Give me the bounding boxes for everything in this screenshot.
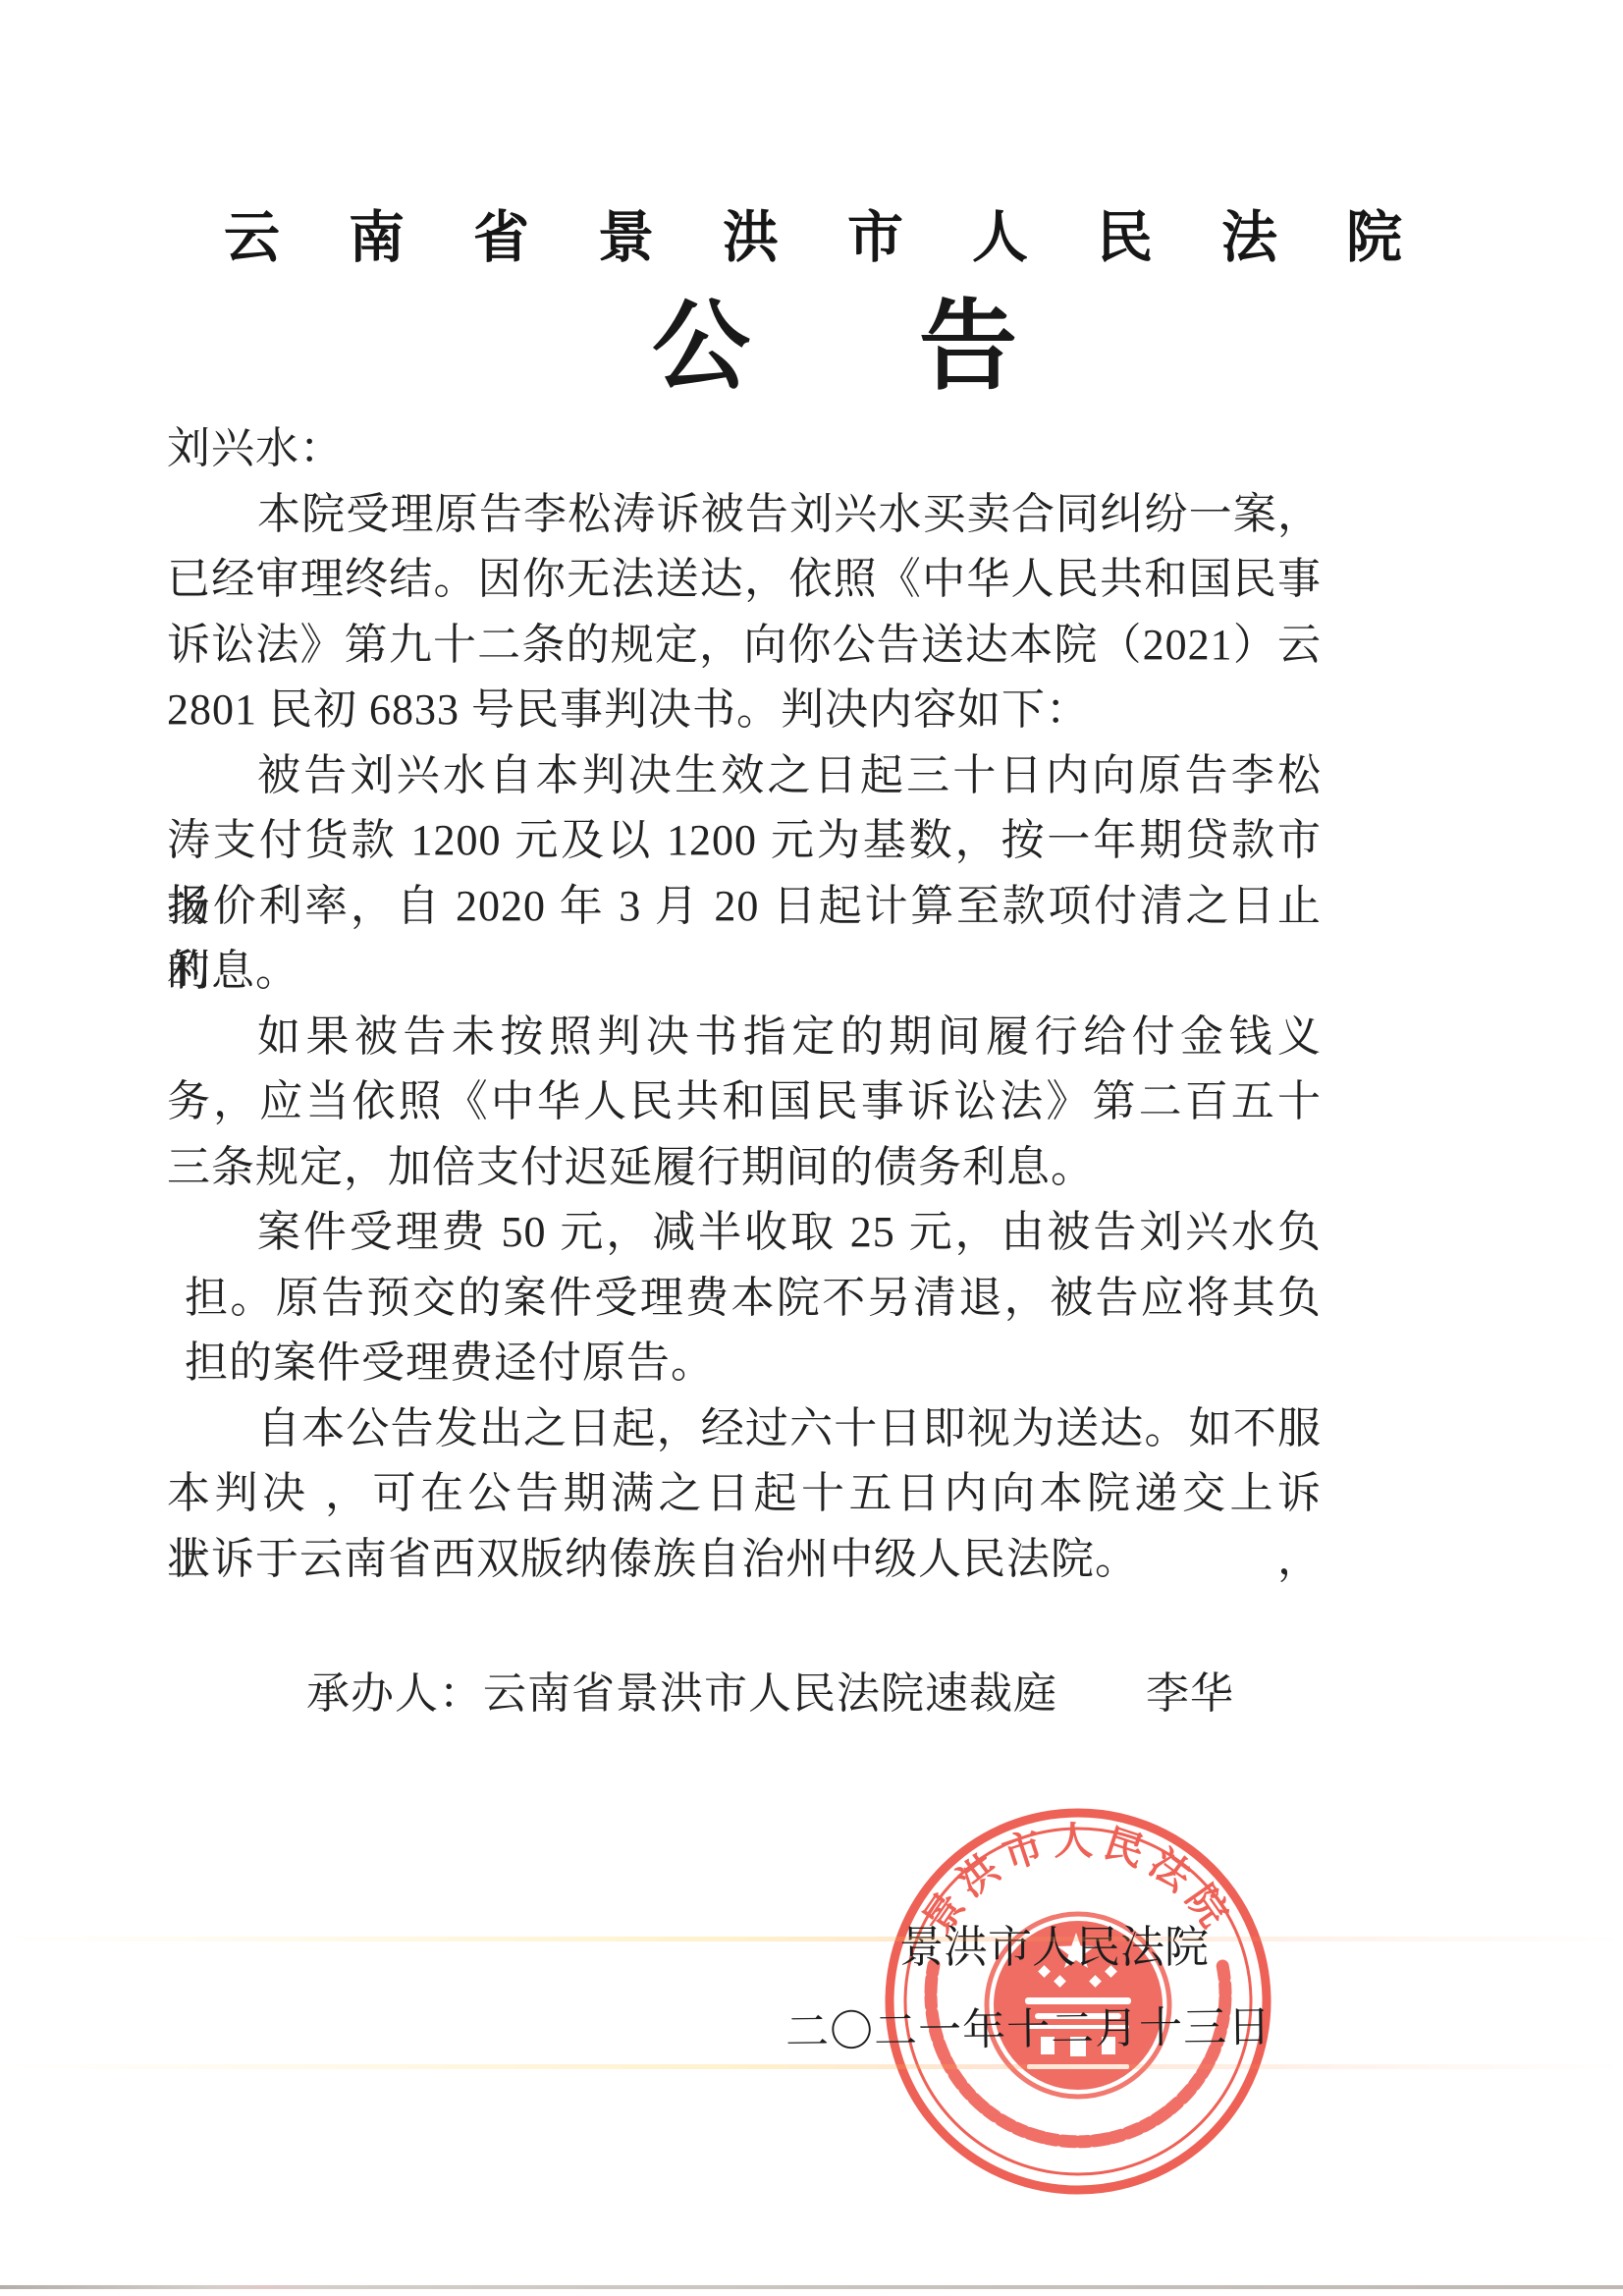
body-line: 本院受理原告李松涛诉被告刘兴水买卖合同纠纷一案， bbox=[167, 482, 1322, 548]
court-announcement-page: 云南省景洪市人民法院 公告 刘兴水： 本院受理原告李松涛诉被告刘兴水买卖合同纠纷… bbox=[0, 0, 1623, 2296]
court-title: 云南省景洪市人民法院 bbox=[224, 210, 1402, 266]
body-line: 利息。 bbox=[167, 939, 1322, 1005]
title-char: 市 bbox=[847, 210, 903, 266]
body-line: 案件受理费 50 元，减半收取 25 元，由被告刘兴水负 bbox=[167, 1200, 1322, 1266]
body-line: 担的案件受理费迳付原告。 bbox=[167, 1331, 1322, 1396]
body-line: 如果被告未按照判决书指定的期间履行给付金钱义 bbox=[167, 1005, 1322, 1070]
body-line: 2801 民初 6833 号民事判决书。判决内容如下： bbox=[167, 678, 1322, 743]
undertaker-line: 承办人：云南省景洪市人民法院速裁庭 李华 bbox=[306, 1658, 1234, 1721]
seal-court-name: 景洪市人民法院 bbox=[899, 1911, 1223, 1975]
body-line: 已经审理终结。因你无法送达，依照《中华人民共和国民事 bbox=[167, 547, 1322, 613]
body-line: 涛支付货款 1200 元及以 1200 元为基数，按一年期贷款市场 bbox=[167, 808, 1322, 874]
title-char: 省 bbox=[473, 210, 529, 266]
body-lines: 本院受理原告李松涛诉被告刘兴水买卖合同纠纷一案，已经审理终结。因你无法送达，依照… bbox=[167, 482, 1322, 1593]
title-char: 人 bbox=[972, 210, 1028, 266]
title-char: 法 bbox=[1221, 210, 1277, 266]
title-char: 景 bbox=[598, 210, 654, 266]
body-line: 被告刘兴水自本判决生效之日起三十日内向原告李松 bbox=[167, 743, 1322, 809]
title-char: 院 bbox=[1346, 210, 1402, 266]
scan-artifact-band bbox=[0, 1937, 1623, 1941]
salutation: 刘兴水： bbox=[167, 416, 1322, 482]
announcement-body: 刘兴水： 本院受理原告李松涛诉被告刘兴水买卖合同纠纷一案，已经审理终结。因你无法… bbox=[167, 416, 1322, 1592]
body-line: 诉讼法》第九十二条的规定，向你公告送达本院（2021）云 bbox=[167, 613, 1322, 679]
body-line: 三条规定，加倍支付迟延履行期间的债务利息。 bbox=[167, 1135, 1322, 1201]
title-char: 洪 bbox=[723, 210, 779, 266]
title-char: 告 bbox=[919, 293, 1017, 401]
body-line: 本判决 ，可在公告期满之日起十五日内向本院递交上诉状， bbox=[167, 1461, 1322, 1527]
title-char: 云 bbox=[224, 210, 280, 266]
scan-artifact-band bbox=[0, 2064, 1623, 2069]
scan-bottom-edge-line bbox=[0, 2285, 1623, 2289]
seal-date: 二〇二一年十二月十三日 bbox=[785, 1991, 1317, 2059]
notice-title: 公告 bbox=[652, 293, 1017, 401]
body-line: 报价利率，自 2020 年 3 月 20 日起计算至款项付清之日止的 bbox=[167, 874, 1322, 940]
title-char: 民 bbox=[1097, 210, 1153, 266]
body-line: 务，应当依照《中华人民共和国民事诉讼法》第二百五十 bbox=[167, 1069, 1322, 1135]
body-line: 担。原告预交的案件受理费本院不另清退，被告应将其负 bbox=[167, 1266, 1322, 1332]
body-line: 自本公告发出之日起，经过六十日即视为送达。如不服 bbox=[167, 1396, 1322, 1462]
title-char: 公 bbox=[652, 293, 750, 401]
title-char: 南 bbox=[349, 210, 405, 266]
